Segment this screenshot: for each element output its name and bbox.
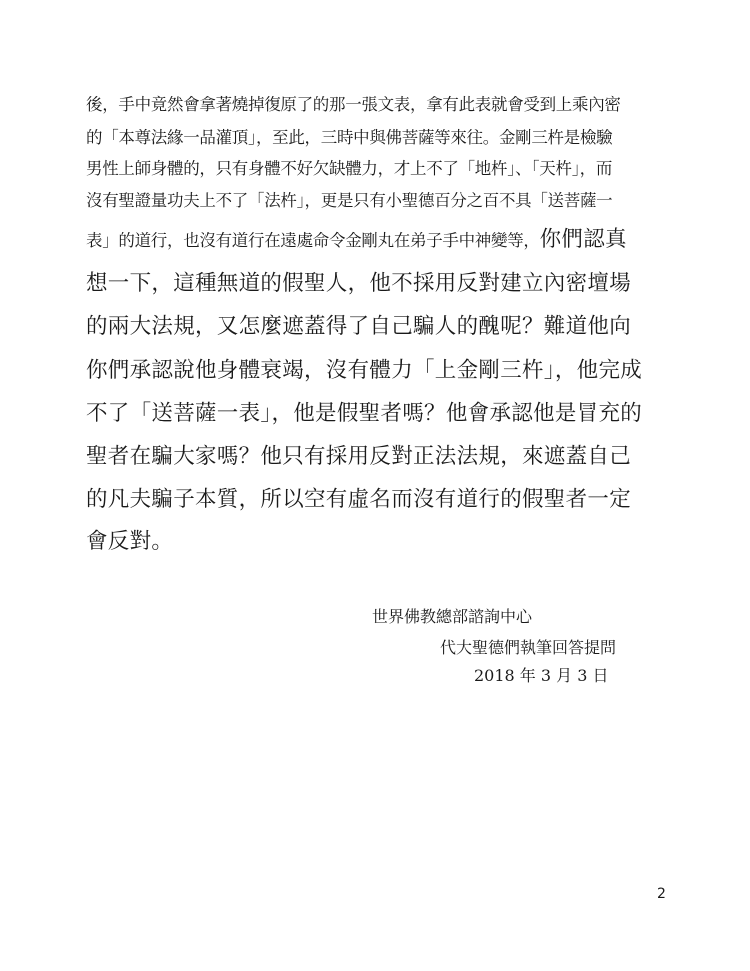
signature-organization: 世界佛教總部諮詢中心 (372, 604, 532, 627)
body-line-5: 表」的道行，也沒有道行在遠處命令金剛丸在弟子手中神變等，你們認真 (86, 222, 627, 253)
body-line-9: 不了「送菩薩一表」，他是假聖者嗎？他會承認他是冒充的 (86, 396, 642, 427)
body-line-1: 後，手中竟然會拿著燒掉復原了的那一張文表，拿有此表就會受到上乘內密 (86, 91, 621, 115)
page-number: 2 (657, 886, 666, 902)
body-line-2: 的「本尊法緣一品灌頂」，至此，三時中與佛菩薩等來往。金剛三杵是檢驗 (86, 124, 612, 148)
document-page: 後，手中竟然會拿著燒掉復原了的那一張文表，拿有此表就會受到上乘內密 的「本尊法緣… (0, 0, 750, 971)
body-line-3: 男性上師身體的，只有身體不好欠缺體力，才上不了「地杵」、「天杵」，而 (86, 155, 612, 179)
body-line-10: 聖者在騙大家嗎？他只有採用反對正法法規，來遮蓋自己 (86, 439, 631, 470)
body-line-8: 你們承認說他身體衰竭，沒有體力「上金剛三杵」，他完成 (86, 353, 642, 384)
signature-date: 2018 年 3 月 3 日 (474, 663, 609, 686)
body-line-7: 的兩大法規，又怎麼遮蓋得了自己騙人的醜呢？難道他向 (86, 309, 631, 340)
body-line-12: 會反對。 (86, 524, 173, 555)
body-line-11: 的凡夫騙子本質，所以空有虛名而沒有道行的假聖者一定 (86, 482, 631, 513)
body-line-4: 沒有聖證量功夫上不了「法杵」，更是只有小聖德百分之百不具「送菩薩一 (86, 187, 612, 211)
signature-author: 代大聖德們執筆回答提問 (440, 635, 616, 658)
body-line-5-small: 表」的道行，也沒有道行在遠處命令金剛丸在弟子手中神變等， (86, 231, 540, 250)
body-line-5-large: 你們認真 (540, 227, 627, 252)
body-line-6: 想一下，這種無道的假聖人，他不採用反對建立內密壇場 (86, 266, 631, 297)
